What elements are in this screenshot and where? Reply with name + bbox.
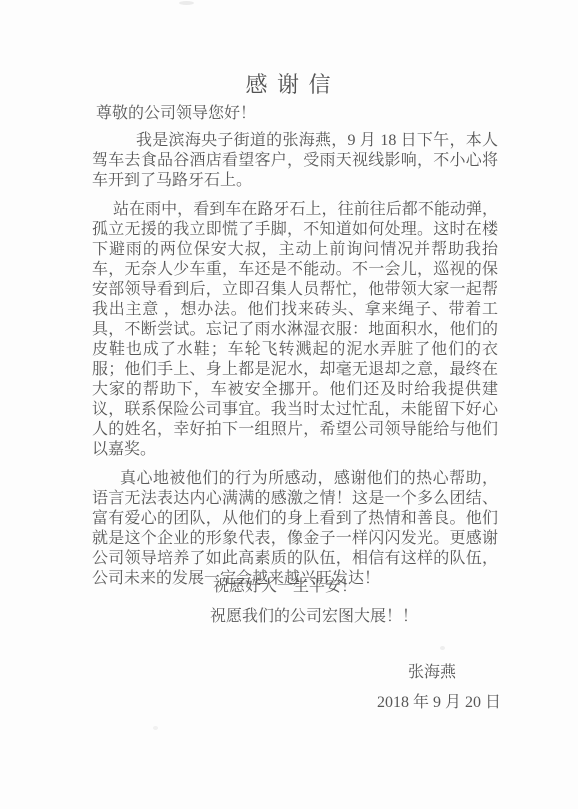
paragraph-gratitude: 真心地被他们的行为所感动，感谢他们的热心帮助，语言无法表达内心满满的感激之情！这… (92, 469, 498, 589)
wish-line-1: 祝愿好人一生平安！ (213, 577, 357, 597)
scanned-letter-page: 感 谢 信 尊敬的公司领导您好！ 我是滨海央子街道的张海燕，9 月 18 日下午… (0, 0, 578, 809)
paragraph-rescue: 站在雨中，看到车在路牙石上，往前往后都不能动弹，孤立无援的我立即慌了手脚，不知道… (92, 200, 498, 460)
paragraph-incident: 我是滨海央子街道的张海燕，9 月 18 日下午，本人驾车去食品谷酒店看望客户，受… (92, 131, 498, 191)
signature-date: 2018 年 9 月 20 日 (377, 693, 501, 713)
scan-artifact (179, 1, 194, 5)
signature-name: 张海燕 (408, 663, 456, 683)
wish-line-2: 祝愿我们的公司宏图大展！！ (210, 607, 418, 627)
letter-body: 我是滨海央子街道的张海燕，9 月 18 日下午，本人驾车去食品谷酒店看望客户，受… (92, 131, 498, 598)
letter-title: 感 谢 信 (0, 68, 578, 99)
scan-artifact (153, 726, 158, 730)
salutation: 尊敬的公司领导您好！ (96, 104, 256, 124)
scan-artifact (440, 646, 445, 650)
